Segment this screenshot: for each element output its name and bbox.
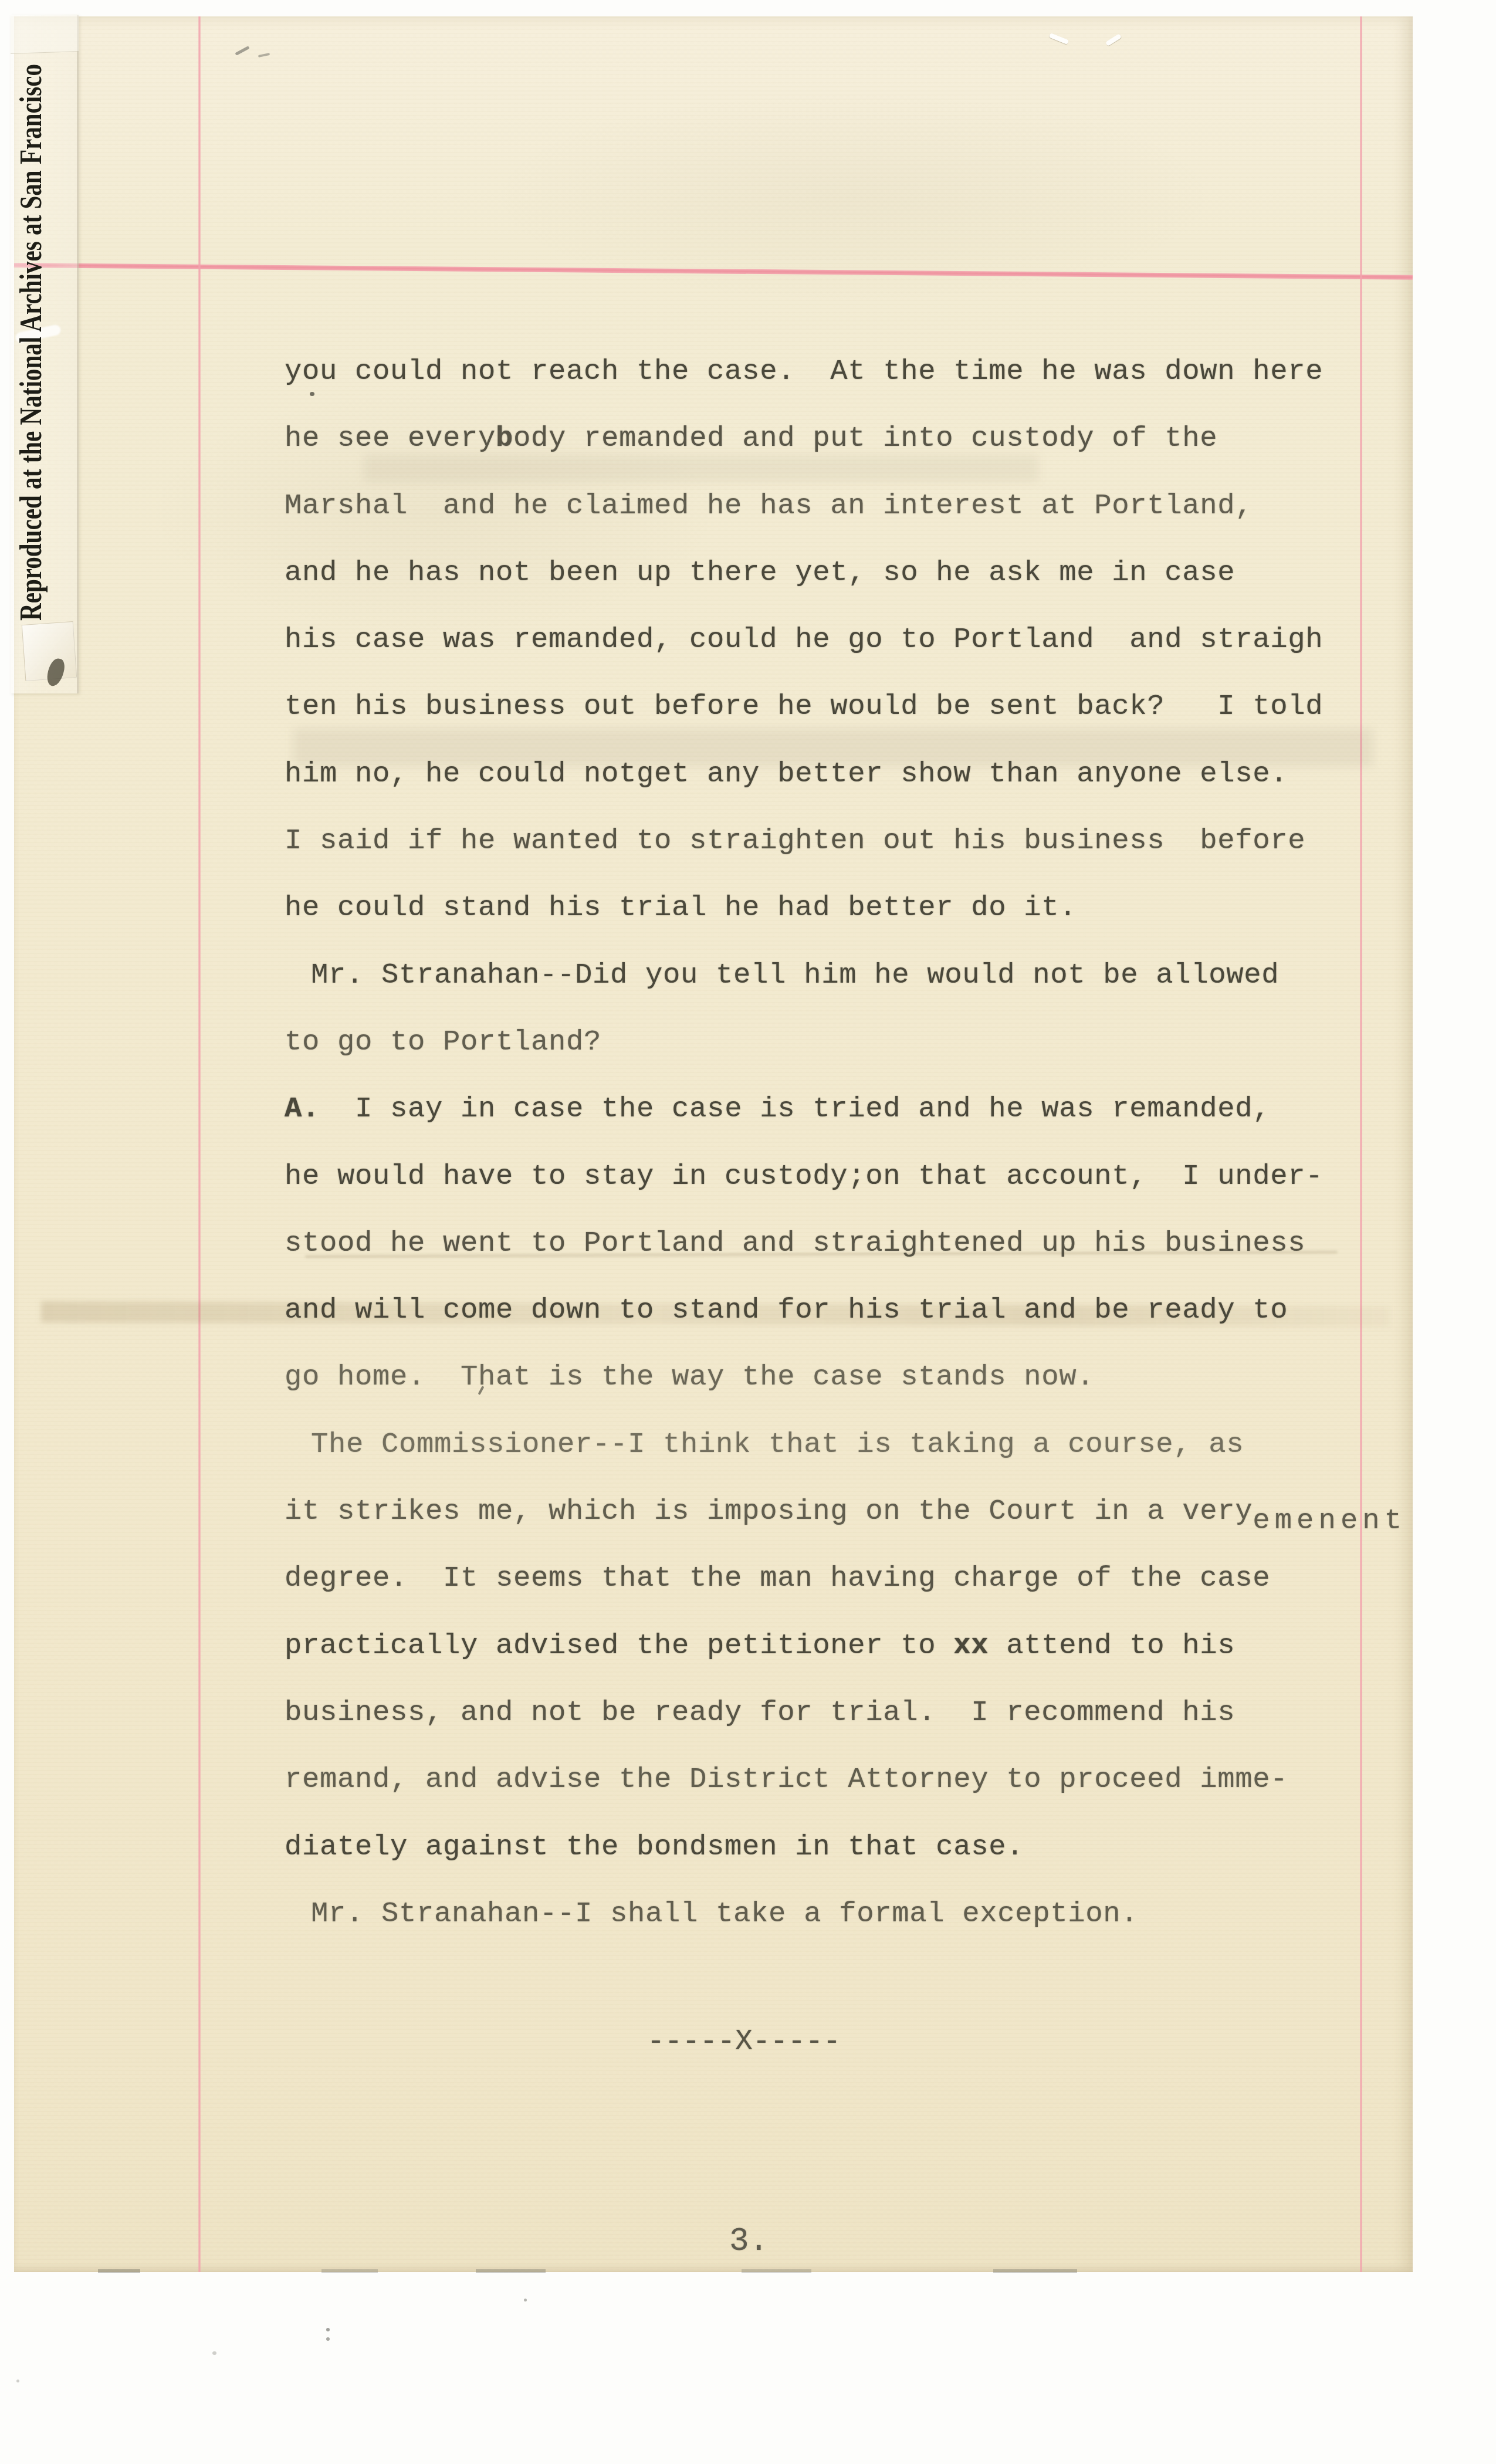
dust-speck xyxy=(326,2328,330,2331)
typewritten-line: his case was remanded, could he go to Po… xyxy=(285,606,1446,673)
typewritten-line: Mr. Stranahan--Did you tell him he would… xyxy=(285,942,1446,1008)
typewritten-line: business, and not be ready for trial. I … xyxy=(285,1679,1446,1746)
typewritten-line: A. I say in case the case is tried and h… xyxy=(285,1075,1446,1142)
section-divider: -----X----- xyxy=(647,2025,841,2059)
typewritten-line: it strikes me, which is imposing on the … xyxy=(285,1478,1446,1545)
scan-edge-artifacts xyxy=(14,2269,1413,2273)
typewritten-line: diately against the bondsmen in that cas… xyxy=(285,1813,1446,1880)
typewritten-line: and he has not been up there yet, so he … xyxy=(285,539,1446,606)
typewritten-line: he see everybody remanded and put into c… xyxy=(285,405,1446,472)
typewritten-line: him no, he could notget any better show … xyxy=(285,740,1446,807)
dust-speck xyxy=(212,2351,216,2355)
typewritten-line: to go to Portland? xyxy=(285,1008,1446,1075)
typewritten-line: he could stand his trial he had better d… xyxy=(285,874,1446,941)
typewritten-line: ten his business out before he would be … xyxy=(285,673,1446,740)
typewritten-line: you could not reach the case. At the tim… xyxy=(285,338,1446,405)
tape-top-edge xyxy=(11,14,79,54)
typewritten-line: and will come down to stand for his tria… xyxy=(285,1277,1446,1343)
archive-stamp: Reproduced at the National Archives at S… xyxy=(14,79,49,621)
typewritten-line: go home. That is the way the case stands… xyxy=(285,1343,1446,1410)
typewritten-line: degree. It seems that the man having cha… xyxy=(285,1545,1446,1612)
typewritten-text: you could not reach the case. At the tim… xyxy=(285,338,1446,1947)
scanned-document: you could not reach the case. At the tim… xyxy=(0,0,1496,2464)
typewritten-line: practically advised the petitioner to xx… xyxy=(285,1612,1446,1679)
typewritten-line: remand, and advise the District Attorney… xyxy=(285,1746,1446,1813)
dust-speck xyxy=(16,2380,19,2382)
ink-speck xyxy=(310,392,314,396)
page-number: 3. xyxy=(729,2222,769,2260)
dust-speck xyxy=(524,2299,527,2301)
typewritten-line: Marshal and he claimed he has an interes… xyxy=(285,472,1446,539)
typewritten-line: stood he went to Portland and straighten… xyxy=(285,1210,1446,1277)
typewritten-line: Mr. Stranahan--I shall take a formal exc… xyxy=(285,1880,1446,1947)
typewritten-line: I said if he wanted to straighten out hi… xyxy=(285,807,1446,874)
left-margin-rule xyxy=(198,16,201,2272)
typewritten-line: The Commissioner--I think that is taking… xyxy=(285,1411,1446,1478)
typewritten-line: he would have to stay in custody;on that… xyxy=(285,1143,1446,1210)
